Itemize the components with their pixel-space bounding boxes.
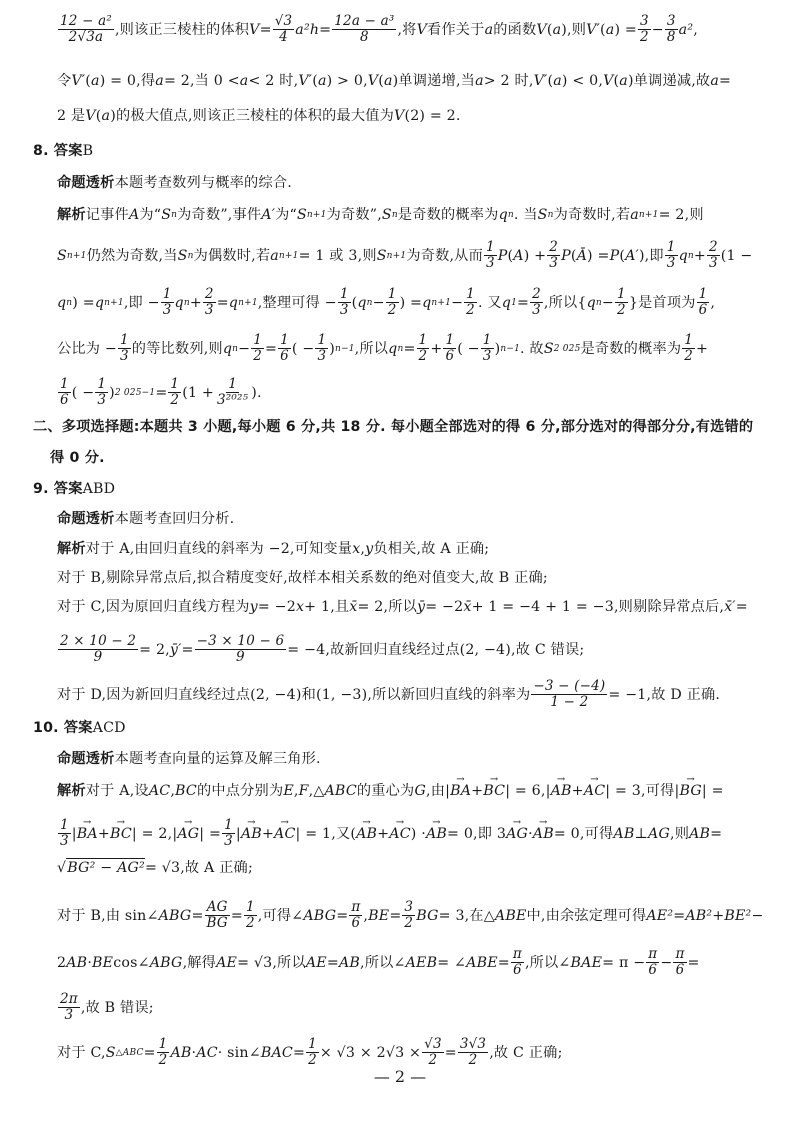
text: , <box>693 21 698 39</box>
text: + <box>430 340 442 358</box>
numerator: 3 <box>638 14 651 30</box>
fraction: 13 <box>118 333 131 364</box>
denominator: 6 <box>58 393 71 408</box>
denominator: 9 <box>92 650 105 665</box>
text: + <box>98 825 110 843</box>
section-label: 9. 答案 <box>33 480 83 498</box>
section-label: 10. 答案 <box>33 719 93 737</box>
text: = <box>265 340 277 358</box>
text: ),即 <box>639 247 664 265</box>
numerator: −3 − (−4) <box>531 679 607 695</box>
text: + <box>262 825 274 843</box>
text: + <box>377 825 389 843</box>
text: = <box>231 907 243 925</box>
math-variable: S <box>178 247 188 265</box>
text: = 2,则 <box>659 206 704 224</box>
text-line: 二、多项选择题:本题共 3 小题,每小题 6 分,共 18 分. 每小题全部选对… <box>33 418 753 436</box>
fraction: π6 <box>646 947 659 978</box>
math-variable: ABE <box>466 954 498 972</box>
math-variable: q <box>223 340 232 358</box>
math-variable: a <box>606 21 615 39</box>
text: ,所以 <box>355 340 389 358</box>
text: = 0,可得 <box>554 825 614 843</box>
denominator: 3 <box>547 256 560 271</box>
text-line: 2 是 V(a)的极大值点,则该正三棱柱的体积的最大值为 V(2) = 2. <box>57 107 461 125</box>
text: | = 3,可得| <box>605 782 679 800</box>
text: ⊥ <box>634 825 648 843</box>
denominator: 3 <box>118 349 131 364</box>
numerator: 3√3 <box>458 1037 488 1053</box>
fraction: 16 <box>278 333 291 364</box>
section-label: 解析 <box>57 206 86 224</box>
denominator: 1 − 2 <box>548 695 590 710</box>
text-line: 令 V′(a) = 0,得 a = 2,当 0 < a < 2 时,V′(a) … <box>57 72 731 90</box>
vector: AC <box>584 782 606 800</box>
math-variable: a <box>91 72 100 90</box>
fraction: 13 <box>338 287 351 318</box>
fraction: 12 <box>168 377 181 408</box>
math-variable: a <box>240 72 249 90</box>
math-variable: V′ <box>71 72 85 90</box>
fraction: π6 <box>511 947 524 978</box>
math-variable: ABG <box>303 907 336 925</box>
text: + <box>694 247 706 265</box>
math-variable: ȳ′ <box>170 641 182 659</box>
numerator: 1 <box>118 333 131 349</box>
text-line: 解析 对于 A,由回归直线的斜率为 −2,可知变量 x,y 负相关,故 A 正确… <box>57 540 489 558</box>
fraction: 16 <box>697 287 710 318</box>
text: = <box>260 21 272 39</box>
denominator: 9 <box>234 650 247 665</box>
numerator: 1 <box>417 333 430 349</box>
text-line: 2π3,故 B 错误; <box>57 992 154 1023</box>
text-line: 解析 对于 A,设 AC,BC 的中点分别为 E,F,△ABC 的重心为 G,由… <box>57 782 724 800</box>
fraction: AGBG <box>205 900 230 931</box>
math-variable: a <box>102 107 111 125</box>
text: 为奇数时,若 <box>554 206 631 224</box>
vector: AB <box>241 825 262 843</box>
fraction: √34 <box>273 14 295 45</box>
text: ),则 <box>561 21 586 39</box>
math-variable: a <box>619 72 628 90</box>
numerator: π <box>349 900 362 916</box>
text-line: 对于 C,S△ABC = 12AB · AC · sin∠BAC = 12 × … <box>57 1037 563 1068</box>
numerator: 1 <box>161 287 174 303</box>
vector: BG <box>679 782 701 800</box>
denominator: 3 <box>665 256 678 271</box>
text: = <box>144 1044 156 1062</box>
numerator: 1 <box>386 287 399 303</box>
math-variable: q <box>357 294 366 312</box>
fraction: √32 <box>422 1037 444 1068</box>
text: B <box>83 142 94 160</box>
text: | = 6,| <box>505 782 550 800</box>
denominator: BG <box>205 916 230 931</box>
fraction: 12 <box>251 333 264 364</box>
math-variable: V <box>536 21 546 39</box>
fraction: 3√32 <box>458 1037 488 1068</box>
text: √ <box>57 859 66 877</box>
text-line: 2 × 10 − 29 = 2,ȳ′ = −3 × 10 − 69 = −4,故… <box>57 634 584 665</box>
subscript: n+1 <box>279 247 299 265</box>
text-line: 13|BA + BC| = 2,|AG| = 13|AB + AC| = 1,又… <box>57 818 722 849</box>
numerator: 1 <box>226 377 239 393</box>
numerator: 1 <box>315 333 328 349</box>
text: = π − <box>602 954 645 972</box>
math-variable: V <box>85 107 95 125</box>
text-line: 对于 D,因为新回归直线经过点(2, −4)和(1, −3),所以新回归直线的斜… <box>57 679 720 710</box>
denominator: 2 <box>386 303 399 318</box>
text: = <box>710 825 722 843</box>
fraction: 12 <box>615 287 628 318</box>
numerator: 2 <box>707 240 720 256</box>
math-variable: BG <box>416 907 438 925</box>
math-variable: q <box>422 294 431 312</box>
math-variable: S <box>106 1044 116 1062</box>
text: 的函数 <box>493 21 536 39</box>
numerator: √3 <box>273 14 295 30</box>
text: ,将 <box>397 21 416 39</box>
vector: AC <box>389 825 411 843</box>
text: 看作关于 <box>427 21 485 39</box>
text: = 0,即 3 <box>447 825 506 843</box>
section-label: 命题透析 <box>57 510 115 528</box>
math-variable: a <box>270 247 279 265</box>
math-variable: AEB <box>406 954 438 972</box>
text: + <box>696 340 708 358</box>
text: ) = 0,得 <box>100 72 156 90</box>
page-number: — 2 — <box>0 1067 800 1086</box>
math-variable: y <box>365 540 373 558</box>
fraction: 12 <box>306 1037 319 1068</box>
vector: AB <box>533 825 554 843</box>
fraction: 12 <box>417 333 430 364</box>
section-label: 二、多项选择题:本题共 3 小题,每小题 6 分,共 18 分. 每小题全部选对… <box>33 418 753 436</box>
denominator: 6 <box>674 963 687 978</box>
fraction: 2π3 <box>58 992 80 1023</box>
fraction: 12a − a³8 <box>332 14 396 45</box>
text-line: 命题透析 本题考查回归分析. <box>57 510 234 528</box>
text: = <box>403 340 415 358</box>
denominator: 6 <box>278 349 291 364</box>
text: − <box>373 294 385 312</box>
math-variable: AB <box>689 825 710 843</box>
numerator: π <box>673 947 686 963</box>
text: = ∠ <box>437 954 466 972</box>
text: (1 + <box>182 384 214 402</box>
denominator: 3 <box>338 303 351 318</box>
fraction: 12 <box>157 1037 170 1068</box>
text: = <box>719 72 731 90</box>
fraction: 13²⁰²⁵ <box>215 377 250 408</box>
text: ,则 <box>670 825 689 843</box>
numerator: 1 <box>665 240 678 256</box>
subscript: n+1 <box>639 206 659 224</box>
fraction: 13 <box>58 818 71 849</box>
text: . 又 <box>478 294 502 312</box>
text: | = <box>199 825 221 843</box>
math-variable: P <box>498 247 508 265</box>
text: = 3,在△ <box>439 907 495 925</box>
fraction: 23 <box>547 240 560 271</box>
text: = <box>389 907 401 925</box>
text: = <box>217 294 229 312</box>
numerator: 1 <box>338 287 351 303</box>
section-label: 命题透析 <box>57 750 115 768</box>
denominator: 2√3a <box>67 30 106 45</box>
fraction: 12 − a²2√3a <box>58 14 114 45</box>
math-variable: a <box>475 72 484 90</box>
math-variable: G <box>414 782 426 800</box>
text: 为“ <box>139 206 161 224</box>
numerator: 2 <box>530 287 543 303</box>
text: 负相关,故 A 正确; <box>373 540 489 558</box>
math-variable: E <box>283 782 294 800</box>
text: 的等比数列,则 <box>132 340 223 358</box>
text: 记事件 <box>86 206 129 224</box>
text: = <box>445 1044 457 1062</box>
numerator: 1 <box>95 377 108 393</box>
fraction: 12 <box>244 900 257 931</box>
text: 为“ <box>275 206 297 224</box>
fraction: 12 <box>682 333 695 364</box>
text: , <box>710 294 715 312</box>
text: 对于 C,因为原回归直线方程为 <box>57 598 250 616</box>
text: ,由| <box>426 782 450 800</box>
denominator: 2 <box>467 1053 480 1068</box>
subscript: n+1 <box>238 294 258 312</box>
numerator: π <box>511 947 524 963</box>
math-variable: Ā <box>577 247 587 265</box>
text: = <box>498 954 510 972</box>
math-variable: P <box>561 247 571 265</box>
denominator: 2 <box>306 1053 319 1068</box>
text: 的重心为 <box>357 782 415 800</box>
fraction: 16 <box>443 333 456 364</box>
text: = <box>293 1044 305 1062</box>
math-variable: q <box>587 294 596 312</box>
math-variable: q <box>499 206 508 224</box>
fraction: 13 <box>315 333 328 364</box>
text-line: 9. 答案 ABD <box>33 480 115 498</box>
math-variable: A <box>513 247 523 265</box>
numerator: 1 <box>157 1037 170 1053</box>
text-line: 8. 答案 B <box>33 142 93 160</box>
math-variable: S <box>161 206 171 224</box>
math-variable: S <box>538 206 548 224</box>
denominator: 8 <box>665 30 678 45</box>
text: = 2, <box>139 641 170 659</box>
text: + 1 = −4 + 1 = −3,则剔除异常点后, <box>472 598 725 616</box>
math-variable: S <box>297 206 307 224</box>
text: 为奇数”, <box>327 206 382 224</box>
fraction: 13 <box>161 287 174 318</box>
text: = <box>155 384 167 402</box>
math-variable: a <box>155 72 164 90</box>
text: ) > 0, <box>327 72 368 90</box>
text-line: 12 − a²2√3a,则该正三棱柱的体积 V = √34a²h = 12a −… <box>57 14 698 45</box>
text: = <box>191 907 203 925</box>
text: ,所以∠ <box>360 954 406 972</box>
text: 本题考查回归分析. <box>115 510 235 528</box>
denominator: 3 <box>95 393 108 408</box>
text: ) + <box>524 247 547 265</box>
fraction: 12 <box>464 287 477 318</box>
vector: BA <box>450 782 471 800</box>
numerator: 1 <box>58 377 71 393</box>
math-variable: x <box>352 540 360 558</box>
math-variable: a <box>630 206 639 224</box>
math-variable: AB <box>170 1044 191 1062</box>
text: = <box>517 294 529 312</box>
text: = −1,故 D 正确. <box>608 686 720 704</box>
text: ,所以{ <box>544 294 587 312</box>
text-line: 对于 C,因为原回归直线方程为 y = −2x + 1,且 x̄ = 2,所以 … <box>57 598 748 616</box>
text-line: 10. 答案 ACD <box>33 719 126 737</box>
text: = √3,所以 <box>237 954 306 972</box>
text: + 1,且 <box>304 598 349 616</box>
math-variable: BAE <box>571 954 603 972</box>
vector: AG <box>177 825 199 843</box>
denominator: 6 <box>697 303 710 318</box>
math-variable: BE <box>92 954 113 972</box>
denominator: 2 <box>244 916 257 931</box>
fraction: 13 <box>222 818 235 849</box>
text: = <box>673 907 685 925</box>
text-line: 对于 B,剔除异常点后,拟合精度变好,故样本相关系数的绝对值变大,故 B 正确; <box>57 569 548 587</box>
subscript: n+1 <box>307 206 327 224</box>
superscript: 2 025−1 <box>115 384 155 402</box>
math-variable: S <box>382 206 392 224</box>
fraction: 2 × 10 − 29 <box>58 634 138 665</box>
math-variable: V′ <box>534 72 548 90</box>
denominator: 3²⁰²⁵ <box>215 393 250 408</box>
text: ) = <box>400 294 423 312</box>
math-variable: x <box>296 598 304 616</box>
text: 对于 A,由回归直线的斜率为 −2,可知变量 <box>86 540 352 558</box>
fraction: 13 <box>481 333 494 364</box>
text: − <box>451 294 463 312</box>
math-variable: q <box>388 340 397 358</box>
math-variable: V′ <box>586 21 600 39</box>
text: − <box>602 294 614 312</box>
text: · sin∠ <box>218 1044 261 1062</box>
math-variable: ABG <box>150 954 183 972</box>
text-line: 命题透析 本题考查向量的运算及解三角形. <box>57 750 321 768</box>
text: ,解得 <box>183 954 217 972</box>
math-variable: q <box>95 294 104 312</box>
math-variable: AE <box>306 954 327 972</box>
denominator: 3 <box>707 256 720 271</box>
numerator: 2 <box>547 240 560 256</box>
fraction: 12 <box>386 287 399 318</box>
denominator: 2 <box>682 349 695 364</box>
math-variable: a <box>485 21 494 39</box>
math-variable: ABC <box>324 782 356 800</box>
math-variable: a <box>553 72 562 90</box>
text: ,所以∠ <box>525 954 571 972</box>
math-variable: q <box>57 294 66 312</box>
text: = <box>182 641 194 659</box>
subscript: n+1 <box>431 294 451 312</box>
text-line: qn) = qn+1,即 −13qn + 23 = qn+1,整理可得 −13(… <box>57 287 715 318</box>
text: + <box>712 907 724 925</box>
math-variable: y <box>250 598 258 616</box>
text: )单调递减,故 <box>628 72 710 90</box>
fraction: π6 <box>349 900 362 931</box>
text: ( − <box>72 384 95 402</box>
denominator: 3 <box>58 834 71 849</box>
math-variable: AB² <box>685 907 712 925</box>
vector: BC <box>483 782 505 800</box>
text: | = 1,又( <box>296 825 357 843</box>
denominator: 4 <box>277 30 290 45</box>
math-variable: V <box>394 107 404 125</box>
math-variable: a² <box>679 21 694 39</box>
math-variable: S <box>544 340 554 358</box>
math-variable: q <box>679 247 688 265</box>
superscript: n−1 <box>335 340 355 358</box>
text: ABD <box>83 480 116 498</box>
text-line: 对于 B,由 sin∠ABG = AGBG = 12,可得∠ABG = π6,B… <box>57 900 764 931</box>
text-line: Sn+1仍然为奇数,当 Sn 为偶数时,若 an+1 = 1 或 3,则 Sn+… <box>57 240 753 271</box>
section-label: 得 0 分. <box>50 449 105 467</box>
text: = √3,故 A 正确; <box>145 859 253 877</box>
subscript: 2 025 <box>554 340 581 358</box>
text: 仍然为奇数,当 <box>87 247 178 265</box>
denominator: 3 <box>63 1008 76 1023</box>
text: > 2 时, <box>484 72 534 90</box>
text: ,故 C 正确; <box>489 1044 562 1062</box>
denominator: 3 <box>481 349 494 364</box>
text: 中,由余弦定理可得 <box>527 907 647 925</box>
math-variable: F <box>299 782 309 800</box>
text: = −2 <box>425 598 463 616</box>
superscript: n−1 <box>500 340 520 358</box>
text: )单调递增,当 <box>393 72 475 90</box>
denominator: 2 <box>638 30 651 45</box>
vector: AB <box>551 782 572 800</box>
text: − <box>660 954 672 972</box>
math-variable: AE <box>216 954 237 972</box>
math-variable: a <box>318 72 327 90</box>
math-variable: A′ <box>261 206 275 224</box>
text: 为奇数,从而 <box>406 247 483 265</box>
text: 对于 B,剔除异常点后,拟合精度变好,故样本相关系数的绝对值变大,故 B 正确; <box>57 569 548 587</box>
denominator: 2 <box>402 916 415 931</box>
vector: AB <box>426 825 447 843</box>
math-variable: V <box>249 21 259 39</box>
subscript: △ABC <box>116 1044 144 1062</box>
text: (1 − <box>721 247 753 265</box>
numerator: 1 <box>168 377 181 393</box>
denominator: 2 <box>251 349 264 364</box>
section-label: 解析 <box>57 540 86 558</box>
text: 为偶数时,若 <box>194 247 271 265</box>
math-variable: ABE <box>495 907 527 925</box>
math-variable: q <box>175 294 184 312</box>
text-line: 公比为 −13的等比数列,则 qn − 12 = 16( −13)n−1,所以 … <box>57 333 708 364</box>
text: 本题考查向量的运算及解三角形. <box>115 750 321 768</box>
denominator: 3 <box>484 256 497 271</box>
text: 为奇数”,事件 <box>177 206 261 224</box>
math-variable: S <box>57 247 67 265</box>
text: . 当 <box>514 206 538 224</box>
text: 对于 A,设 <box>86 782 149 800</box>
text: 2 <box>57 954 66 972</box>
text: 的中点分别为 <box>197 782 283 800</box>
text: 令 <box>57 72 71 90</box>
